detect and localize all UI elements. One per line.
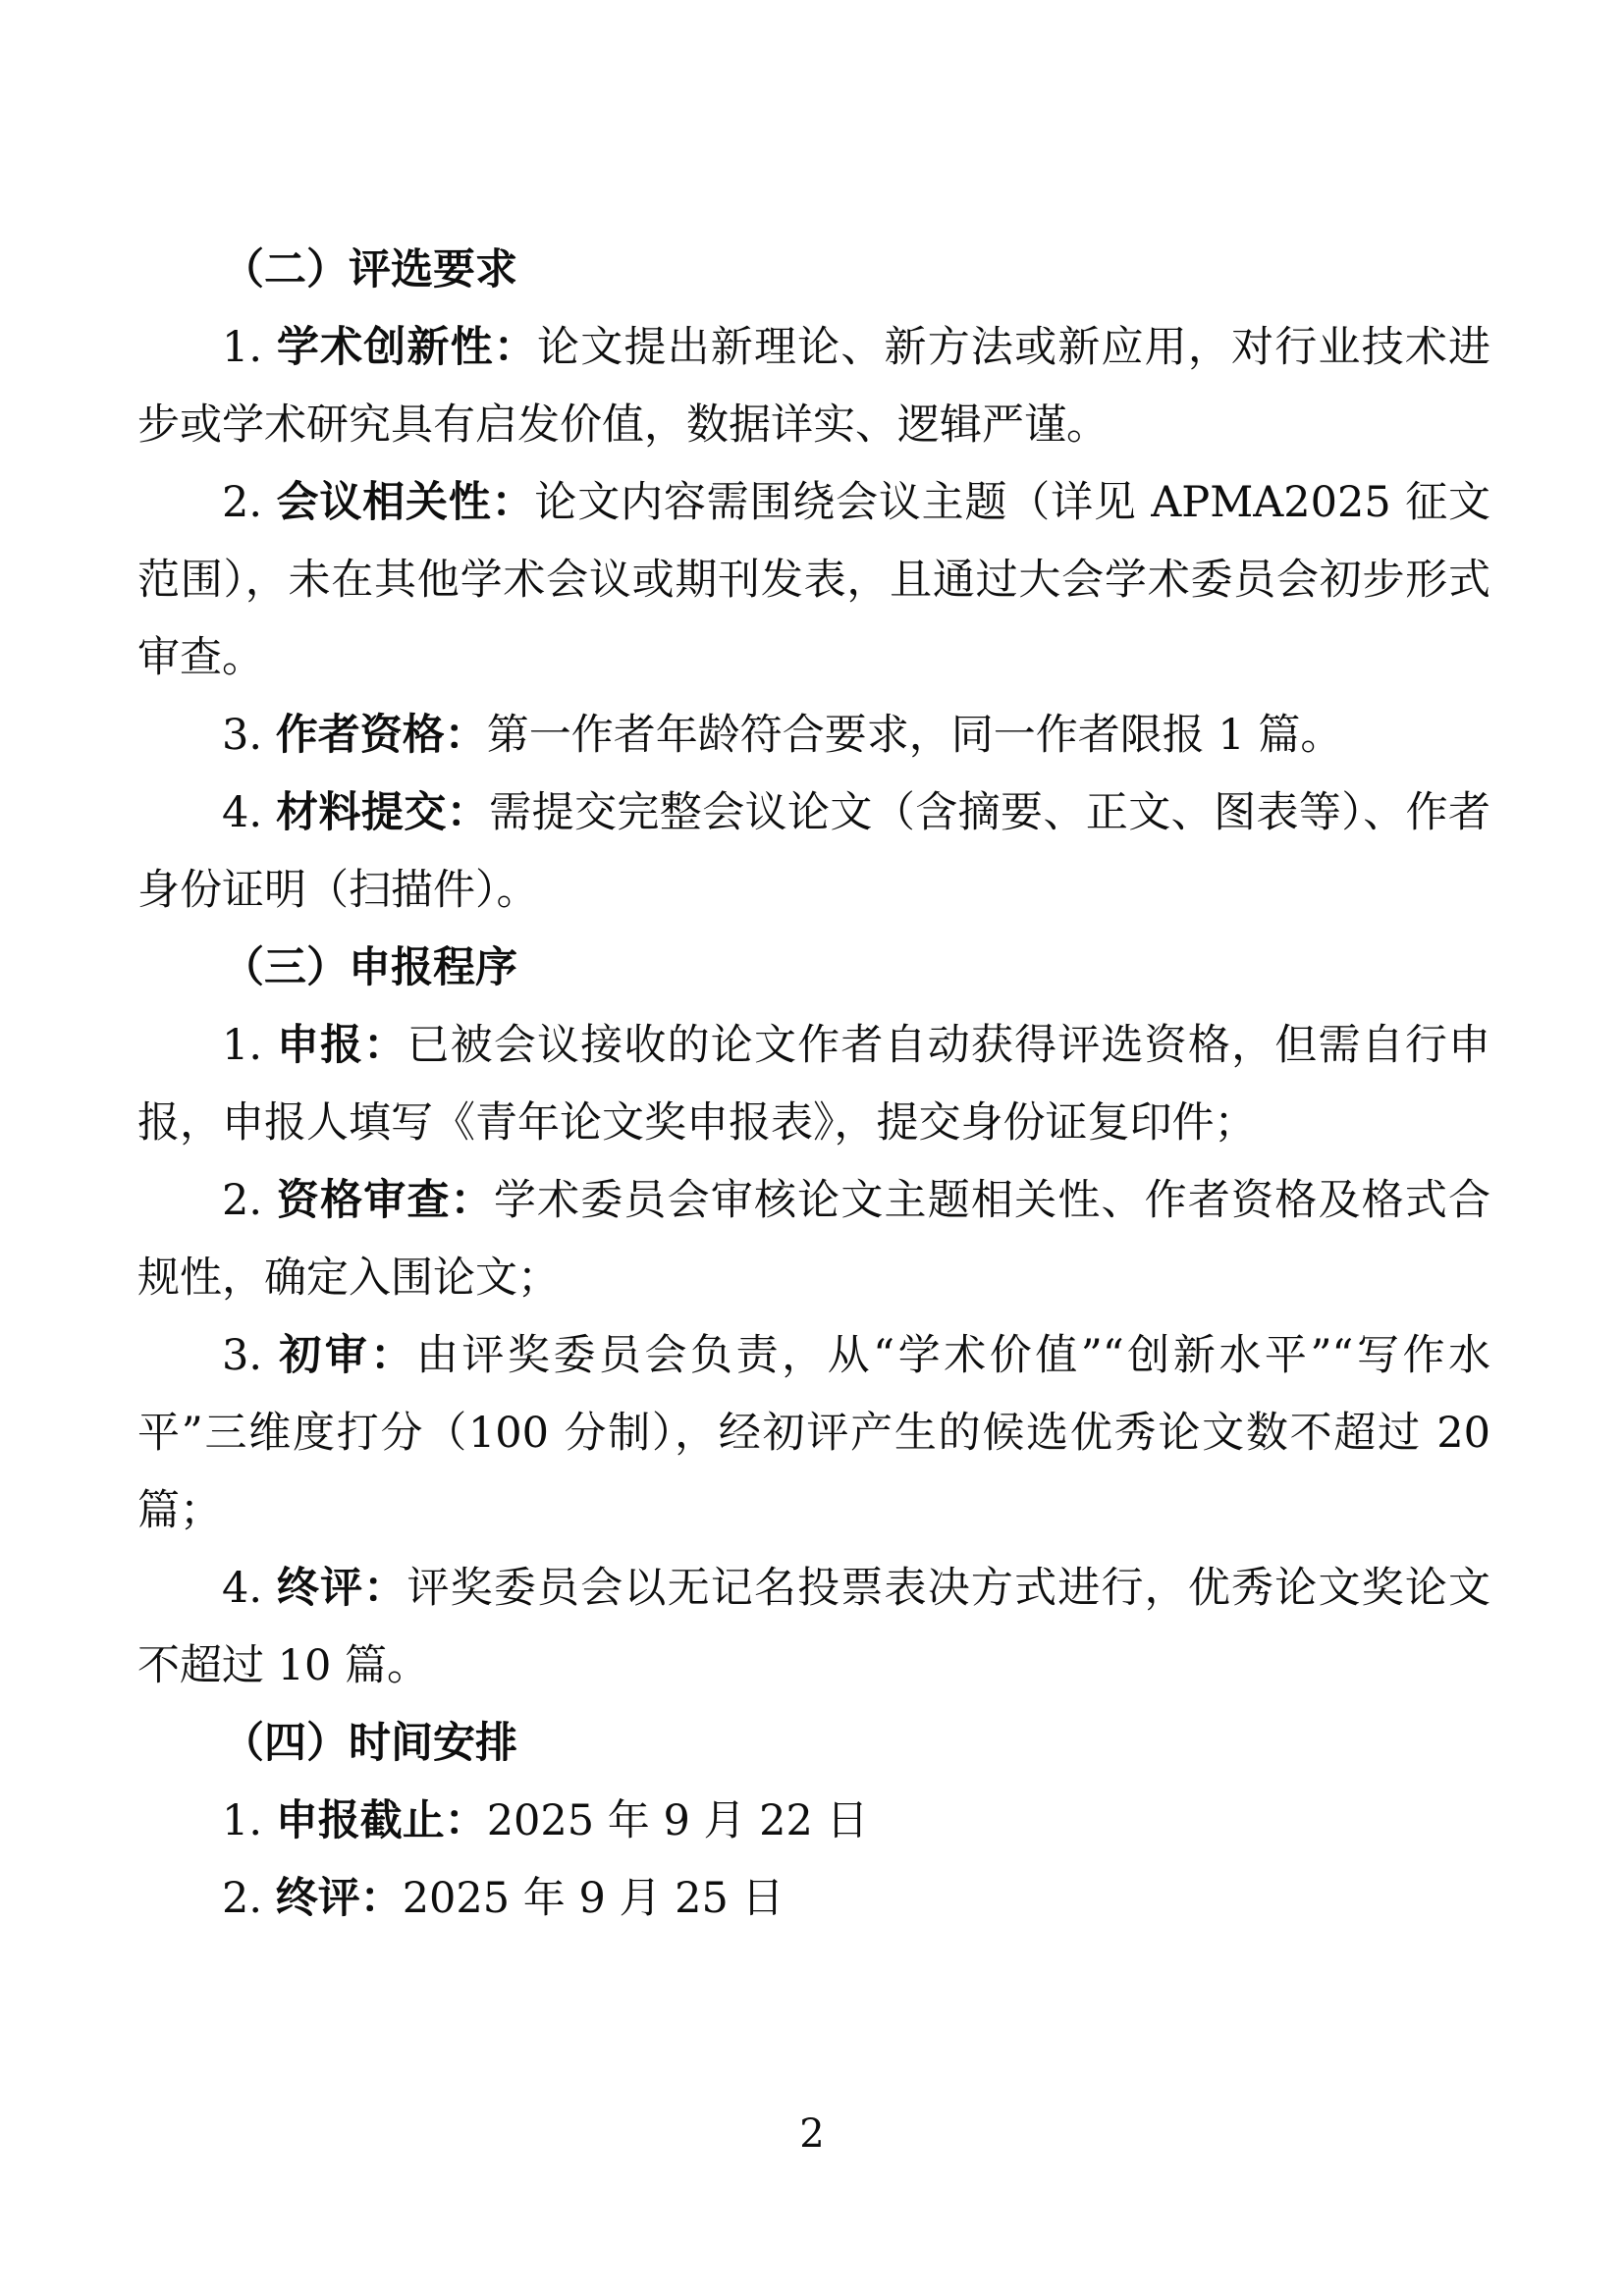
item-text: 第一作者年龄符合要求，同一作者限报 1 篇。 [487, 711, 1343, 760]
list-item: 1. 申报截止：2025 年 9 月 22 日 [137, 1783, 1490, 1860]
item-term: 作者资格： [276, 711, 487, 760]
document-page: （二）评选要求 1. 学术创新性：论文提出新理论、新方法或新应用，对行业技术进步… [0, 0, 1624, 2296]
section-heading: （三）申报程序 [137, 930, 1490, 1007]
list-item: 2. 会议相关性：论文内容需围绕会议主题（详见 APMA2025 征文范围），未… [137, 464, 1490, 697]
list-item: 2. 终评：2025 年 9 月 25 日 [137, 1860, 1490, 1938]
item-text: 2025 年 9 月 22 日 [487, 1796, 869, 1845]
item-term: 终评： [276, 1874, 403, 1923]
item-term: 初审： [279, 1331, 416, 1380]
section-selection-requirements: （二）评选要求 1. 学术创新性：论文提出新理论、新方法或新应用，对行业技术进步… [137, 232, 1490, 930]
section-heading: （四）时间安排 [137, 1705, 1490, 1783]
item-number: 2. [222, 1874, 276, 1923]
item-term: 学术创新性： [277, 323, 537, 372]
item-number: 4. [222, 1564, 277, 1613]
item-number: 1. [222, 1796, 276, 1845]
item-number: 3. [222, 1331, 279, 1380]
item-term: 材料提交： [276, 788, 489, 837]
list-item: 1. 学术创新性：论文提出新理论、新方法或新应用，对行业技术进步或学术研究具有启… [137, 309, 1490, 464]
item-term: 申报截止： [276, 1796, 487, 1845]
page-footer: 2 [0, 2110, 1624, 2158]
item-number: 1. [222, 1021, 277, 1070]
item-number: 2. [222, 1176, 277, 1225]
item-number: 3. [222, 711, 276, 760]
list-item: 3. 初审：由评奖委员会负责，从“学术价值”“创新水平”“写作水平”三维度打分（… [137, 1317, 1490, 1550]
page-number: 2 [799, 2111, 824, 2157]
item-term: 资格审查： [277, 1176, 494, 1225]
section-application-procedure: （三）申报程序 1. 申报：已被会议接收的论文作者自动获得评选资格，但需自行申报… [137, 930, 1490, 1705]
section-time-schedule: （四）时间安排 1. 申报截止：2025 年 9 月 22 日 2. 终评：20… [137, 1705, 1490, 1938]
section-heading: （二）评选要求 [137, 232, 1490, 309]
list-item: 4. 终评：评奖委员会以无记名投票表决方式进行，优秀论文奖论文不超过 10 篇。 [137, 1550, 1490, 1705]
list-item: 2. 资格审查：学术委员会审核论文主题相关性、作者资格及格式合规性，确定入围论文… [137, 1162, 1490, 1317]
document-body: （二）评选要求 1. 学术创新性：论文提出新理论、新方法或新应用，对行业技术进步… [137, 232, 1490, 1938]
item-number: 4. [222, 788, 276, 837]
item-text: 2025 年 9 月 25 日 [403, 1874, 785, 1923]
item-number: 1. [222, 323, 277, 372]
item-number: 2. [222, 478, 277, 527]
item-term: 终评： [277, 1564, 407, 1613]
list-item: 3. 作者资格：第一作者年龄符合要求，同一作者限报 1 篇。 [137, 697, 1490, 774]
list-item: 4. 材料提交：需提交完整会议论文（含摘要、正文、图表等）、作者身份证明（扫描件… [137, 774, 1490, 930]
list-item: 1. 申报：已被会议接收的论文作者自动获得评选资格，但需自行申报，申报人填写《青… [137, 1007, 1490, 1162]
item-term: 申报： [277, 1021, 407, 1070]
item-term: 会议相关性： [277, 478, 535, 527]
